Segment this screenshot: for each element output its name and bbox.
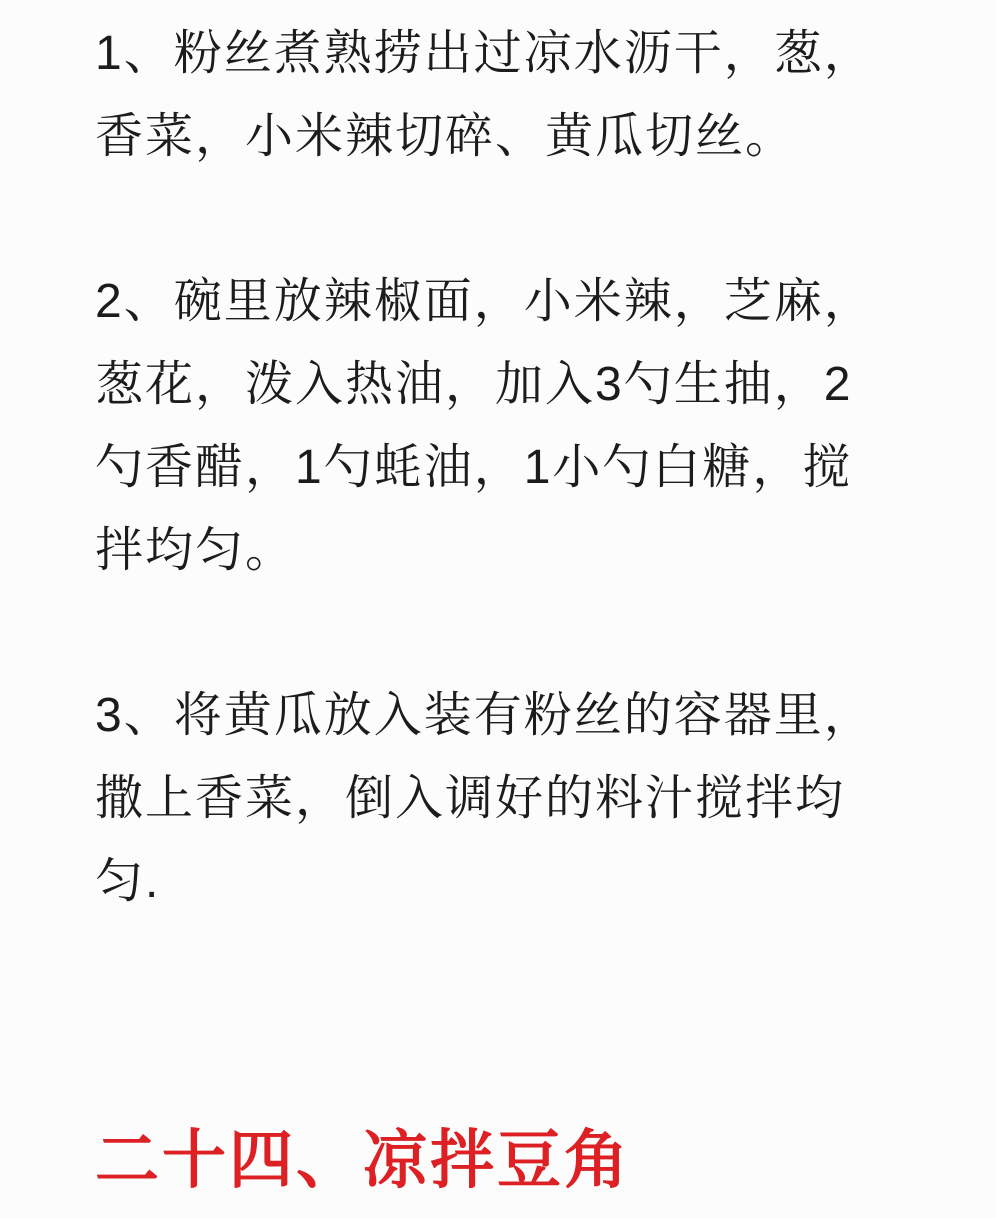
step-line: 勺香醋，1勺蚝油，1小勺白糖，搅 xyxy=(95,426,936,509)
step-line: 2、碗里放辣椒面，小米辣，芝麻， xyxy=(95,260,936,343)
step-line: 拌均匀。 xyxy=(95,509,936,592)
step-line: 香菜，小米辣切碎、黄瓜切丝。 xyxy=(95,95,936,178)
recipe-page: 1、粉丝煮熟捞出过凉水沥干，葱， 香菜，小米辣切碎、黄瓜切丝。 2、碗里放辣椒面… xyxy=(0,0,996,1218)
recipe-step-1: 1、粉丝煮熟捞出过凉水沥干，葱， 香菜，小米辣切碎、黄瓜切丝。 xyxy=(95,12,936,178)
step-line: 匀. xyxy=(95,840,936,923)
step-line: 3、将黄瓜放入装有粉丝的容器里， xyxy=(95,674,936,757)
section-heading: 二十四、凉拌豆角 xyxy=(95,1120,936,1200)
step-line: 1、粉丝煮熟捞出过凉水沥干，葱， xyxy=(95,12,936,95)
step-line: 葱花，泼入热油，加入3勺生抽，2 xyxy=(95,343,936,426)
recipe-step-2: 2、碗里放辣椒面，小米辣，芝麻， 葱花，泼入热油，加入3勺生抽，2 勺香醋，1勺… xyxy=(95,260,936,592)
recipe-step-3: 3、将黄瓜放入装有粉丝的容器里， 撒上香菜，倒入调好的料汁搅拌均 匀. xyxy=(95,674,936,923)
step-line: 撒上香菜，倒入调好的料汁搅拌均 xyxy=(95,757,936,840)
